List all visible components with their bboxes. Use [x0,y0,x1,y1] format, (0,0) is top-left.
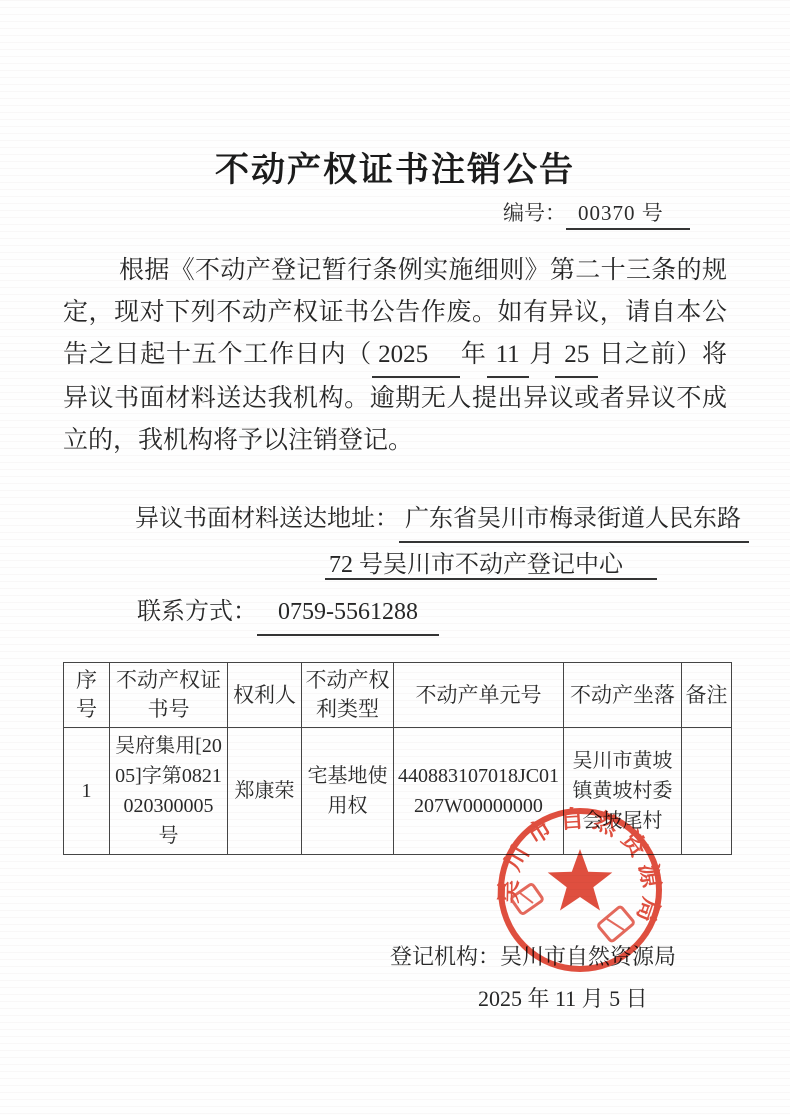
header-owner: 权利人 [228,663,302,728]
deadline-month-blank: 11 [487,334,529,378]
contact-row: 联系方式：0759-5561288 [137,591,790,636]
doc-number-label: 编号： [503,201,566,225]
cell-seq: 1 [64,728,110,855]
seal-star-icon [548,849,613,911]
table-header-row: 序号 不动产权证书号 权利人 不动产权利类型 不动产单元号 不动产坐落 备注 [64,663,732,728]
month-unit: 月 [529,341,556,368]
address-row-2: 72 号吴川市不动产登记中心 [325,543,790,587]
doc-number-row: 编号：00370 号 [0,197,790,230]
header-unit-number: 不动产单元号 [394,663,564,728]
address-label: 异议书面材料送达地址： [135,497,399,541]
official-seal: 吴川市自然资源局 [483,793,677,987]
header-right-type: 不动产权利类型 [302,663,394,728]
address-row: 异议书面材料送达地址： 广东省吴川市梅录街道人民东路 [135,497,790,543]
address-line-1: 广东省吴川市梅录街道人民东路 [399,497,749,543]
address-block: 异议书面材料送达地址： 广东省吴川市梅录街道人民东路 72 号吴川市不动产登记中… [135,497,790,587]
header-location: 不动产坐落 [564,663,682,728]
notice-document: 不动产权证书注销公告 编号：00370 号 根据《不动产登记暂行条例实施细则》第… [0,0,790,1115]
header-cert-number: 不动产权证书号 [110,663,228,728]
contact-label: 联系方式： [137,599,257,625]
notice-body-paragraph: 根据《不动产登记暂行条例实施细则》第二十三条的规定，现对下列不动产权证书公告作废… [63,250,727,462]
header-seq: 序号 [64,663,110,728]
deadline-year-blank: 2025 [372,334,460,378]
doc-number-value: 00370 号 [566,197,690,230]
page-title: 不动产权证书注销公告 [0,0,790,191]
year-unit: 年 [460,341,487,368]
header-remark: 备注 [682,663,732,728]
contact-phone-value: 0759-5561288 [257,591,439,636]
cell-owner: 郑康荣 [228,728,302,855]
deadline-day-blank: 25 [555,334,598,378]
cell-cert-number: 吴府集用[2005]字第0821020300005 号 [110,728,228,855]
address-line-2: 72 号吴川市不动产登记中心 [325,552,657,580]
cell-remark [682,728,732,855]
cell-right-type: 宅基地使用权 [302,728,394,855]
